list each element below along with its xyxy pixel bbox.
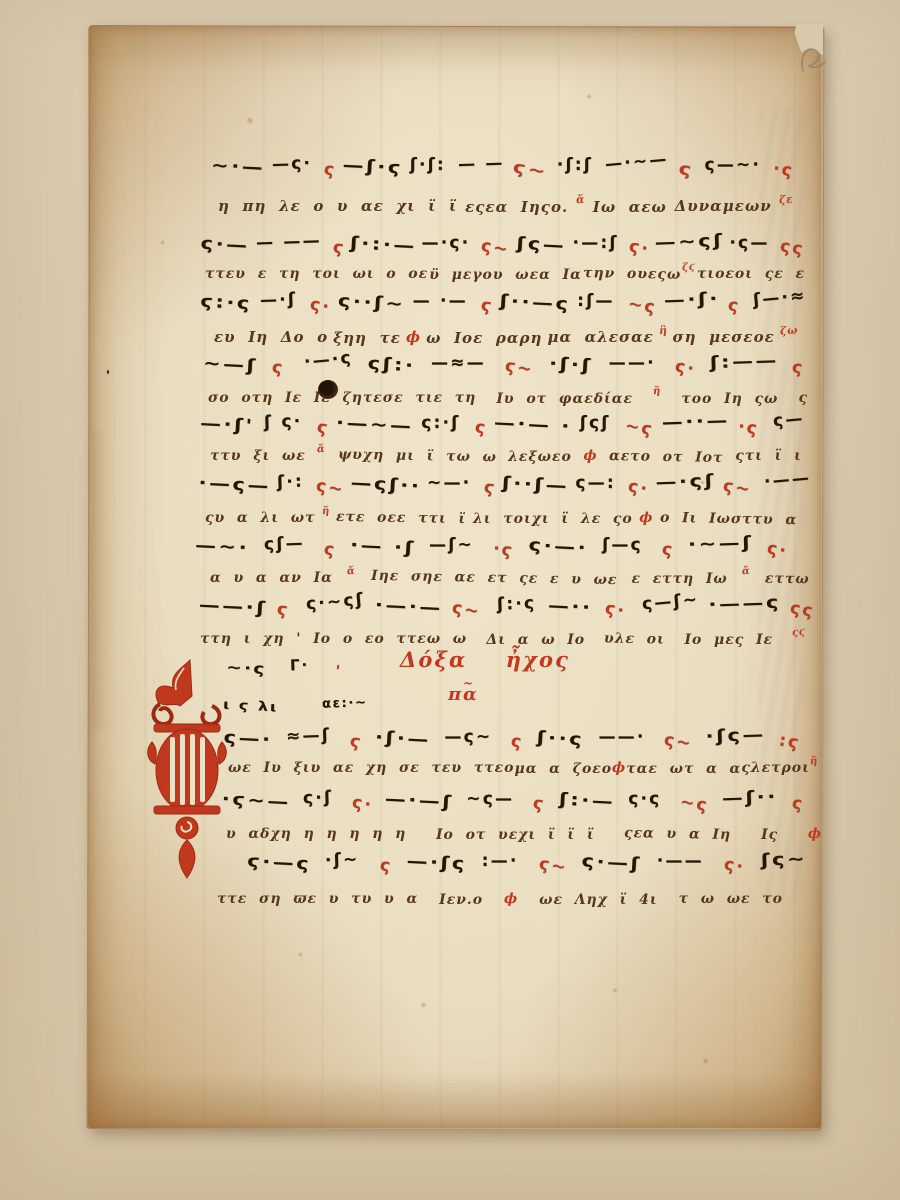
initial-top-leaf xyxy=(156,660,192,706)
initial-capital-bottom xyxy=(154,806,220,814)
initial-right-volute xyxy=(202,706,219,724)
initial-left-leaf xyxy=(148,742,157,764)
decorative-initial-ornament xyxy=(146,658,228,880)
initial-right-leaf xyxy=(218,742,227,764)
initial-knot xyxy=(176,817,198,839)
manuscript-photograph: ~·——ς·ς—ʃ·ϛʃ·ʃ:— —ϛ~·ʃ:ʃ—·~—ςς—~··ςη πη … xyxy=(0,0,900,1200)
initial-body xyxy=(156,729,218,811)
pencil-mark xyxy=(796,42,834,78)
initial-tail xyxy=(179,840,195,878)
manuscript-page xyxy=(87,25,825,1131)
initial-left-volute xyxy=(153,704,171,724)
